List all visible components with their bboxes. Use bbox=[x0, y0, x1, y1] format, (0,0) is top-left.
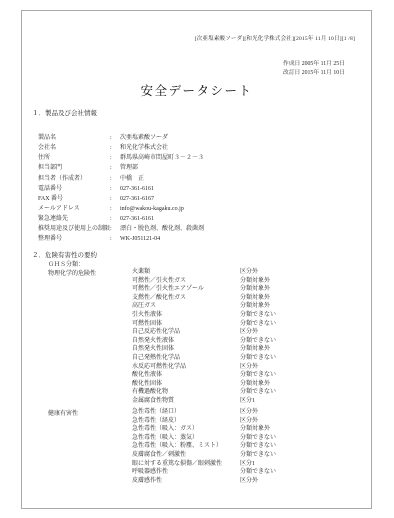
hazard-classification: 区分1 bbox=[240, 397, 365, 406]
field-separator: : bbox=[110, 194, 120, 204]
hazard-classification: 分類対象外 bbox=[240, 277, 365, 286]
hazard-name: 可燃性／引火性ガス bbox=[132, 277, 240, 286]
field-row: 会社名 : 和光化学株式会社 bbox=[38, 143, 363, 153]
hazard-name: 皮膚感作性 bbox=[132, 477, 240, 486]
field-separator: : bbox=[110, 214, 120, 224]
health-hazards-list: 急性毒性（経口） 区分外 急性毒性（経皮） 区分外 急性毒性（吸入：ガス） 分類… bbox=[132, 408, 365, 485]
hazard-row: 酸化性液体 分類できない bbox=[132, 371, 365, 380]
hazard-name: 急性毒性（経皮） bbox=[132, 417, 240, 426]
field-label: FAX 番号 bbox=[38, 194, 110, 204]
hazard-row: 引火性液体 分類できない bbox=[132, 311, 365, 320]
hazard-classification: 分類対象外 bbox=[240, 285, 365, 294]
field-label: 住所 bbox=[38, 153, 110, 163]
hazard-classification: 分類できない bbox=[240, 320, 365, 329]
field-label: メールアドレス bbox=[38, 204, 110, 214]
hazard-row: 火薬類 区分外 bbox=[132, 268, 365, 277]
hazard-classification: 分類できない bbox=[240, 434, 365, 443]
hazard-row: 高圧ガス 分類対象外 bbox=[132, 302, 365, 311]
field-row: 担当部門 : 管理部 bbox=[38, 163, 363, 173]
hazard-name: 自然発火性液体 bbox=[132, 337, 240, 346]
field-value: 027-361-6161 bbox=[120, 184, 363, 194]
ghs-classification-label: ＧＨＳ分類： bbox=[48, 259, 84, 268]
hazard-name: 酸化性固体 bbox=[132, 380, 240, 389]
hazard-row: 水反応可燃性化学品 区分外 bbox=[132, 363, 365, 372]
field-value: 群馬県高崎市問屋町３－２－３ bbox=[120, 153, 363, 163]
hazard-row: 酸化性固体 分類対象外 bbox=[132, 380, 365, 389]
hazard-classification: 分類できない bbox=[240, 388, 365, 397]
hazard-row: 皮膚腐食性／刺激性 分類できない bbox=[132, 451, 365, 460]
hazard-classification: 分類できない bbox=[240, 311, 365, 320]
hazard-classification: 分類できない bbox=[240, 371, 365, 380]
field-value: 管理部 bbox=[120, 163, 363, 173]
field-label: 緊急連絡先 bbox=[38, 214, 110, 224]
field-value: 027-361-6161 bbox=[120, 214, 363, 224]
field-label: 整理番号 bbox=[38, 234, 110, 244]
hazard-row: 自然発火性固体 分類対象外 bbox=[132, 345, 365, 354]
field-value: 027-361-6167 bbox=[120, 194, 363, 204]
hazard-row: 急性毒性（経口） 区分外 bbox=[132, 408, 365, 417]
hazard-name: 引火性液体 bbox=[132, 311, 240, 320]
field-value: 次亜塩素酸ソーダ bbox=[120, 133, 363, 143]
hazard-name: 急性毒性（吸入：ガス） bbox=[132, 425, 240, 434]
hazard-classification: 分類対象外 bbox=[240, 380, 365, 389]
field-row: 緊急連絡先 : 027-361-6161 bbox=[38, 214, 363, 224]
hazard-name: 急性毒性（吸入：蒸気） bbox=[132, 434, 240, 443]
physical-hazards-list: 火薬類 区分外 可燃性／引火性ガス 分類対象外 可燃性／引火性エアゾール 分類対… bbox=[132, 268, 365, 406]
section-1-heading: １．製品及び会社情報 bbox=[32, 108, 97, 117]
hazard-classification: 区分外 bbox=[240, 477, 365, 486]
health-hazards-group-label: 健康有害性 bbox=[48, 408, 78, 417]
field-separator: : bbox=[110, 234, 120, 244]
field-row: 推奨用途及び使用上の制限 : 漂白・脱色剤、酸化剤、殺菌剤 bbox=[38, 224, 363, 234]
hazard-row: 自然発火性液体 分類できない bbox=[132, 337, 365, 346]
hazard-name: 支燃性／酸化性ガス bbox=[132, 294, 240, 303]
hazard-row: 可燃性／引火性ガス 分類対象外 bbox=[132, 277, 365, 286]
hazard-row: 急性毒性（吸入：ガス） 分類対象外 bbox=[132, 425, 365, 434]
hazard-classification: 分類できない bbox=[240, 337, 365, 346]
field-label: 担当者（作成者） bbox=[38, 174, 110, 184]
created-date: 作成日 2005年 11月 25日 bbox=[283, 58, 345, 67]
hazard-name: 自己発熱性化学品 bbox=[132, 354, 240, 363]
hazard-row: 金属腐食性物質 区分1 bbox=[132, 397, 365, 406]
field-separator: : bbox=[110, 143, 120, 153]
field-value: info@wakou-kagaku.co.jp bbox=[120, 204, 363, 214]
field-separator: : bbox=[110, 204, 120, 214]
hazard-name: 呼吸器感作性 bbox=[132, 468, 240, 477]
hazard-classification: 区分1 bbox=[240, 460, 365, 469]
field-separator: : bbox=[110, 133, 120, 143]
hazard-name: 金属腐食性物質 bbox=[132, 397, 240, 406]
hazard-row: 皮膚感作性 区分外 bbox=[132, 477, 365, 486]
hazard-classification: 分類対象外 bbox=[240, 425, 365, 434]
field-separator: : bbox=[110, 184, 120, 194]
hazard-name: 高圧ガス bbox=[132, 302, 240, 311]
section-2-heading: ２．危険有害性の要約 bbox=[32, 250, 97, 259]
field-value: 漂白・脱色剤、酸化剤、殺菌剤 bbox=[120, 224, 363, 234]
hazard-name: 酸化性液体 bbox=[132, 371, 240, 380]
field-separator: : bbox=[110, 153, 120, 163]
hazard-row: 可燃性固体 分類できない bbox=[132, 320, 365, 329]
field-value: WK-J051121-04 bbox=[120, 234, 363, 244]
document-page: [次亜塩素酸ソーダ][和光化学株式会社][2015年 11月 10日][1 /8… bbox=[21, 10, 372, 509]
hazard-name: 有機過酸化物 bbox=[132, 388, 240, 397]
hazard-row: 自己発熱性化学品 分類できない bbox=[132, 354, 365, 363]
hazard-name: 自然発火性固体 bbox=[132, 345, 240, 354]
hazard-name: 可燃性固体 bbox=[132, 320, 240, 329]
hazard-name: 自己反応性化学品 bbox=[132, 328, 240, 337]
document-title: 安全データシート bbox=[22, 81, 371, 99]
hazard-classification: 区分外 bbox=[240, 408, 365, 417]
field-label: 推奨用途及び使用上の制限 bbox=[38, 224, 110, 234]
hazard-classification: 分類できない bbox=[240, 442, 365, 451]
hazard-row: 呼吸器感作性 分類できない bbox=[132, 468, 365, 477]
field-separator: : bbox=[110, 224, 120, 234]
page-header-reference: [次亜塩素酸ソーダ][和光化学株式会社][2015年 11月 10日][1 /8… bbox=[195, 34, 355, 42]
field-label: 電話番号 bbox=[38, 184, 110, 194]
field-label: 会社名 bbox=[38, 143, 110, 153]
hazard-row: 急性毒性（吸入：粉塵、ミスト） 分類できない bbox=[132, 442, 365, 451]
field-row: 整理番号 : WK-J051121-04 bbox=[38, 234, 363, 244]
hazard-name: 眼に対する重篤な損傷／眼刺激性 bbox=[132, 460, 240, 469]
field-separator: : bbox=[110, 163, 120, 173]
field-label: 担当部門 bbox=[38, 163, 110, 173]
hazard-row: 可燃性／引火性エアゾール 分類対象外 bbox=[132, 285, 365, 294]
field-row: 製品名 : 次亜塩素酸ソーダ bbox=[38, 133, 363, 143]
hazard-row: 急性毒性（経皮） 区分外 bbox=[132, 417, 365, 426]
field-label: 製品名 bbox=[38, 133, 110, 143]
hazard-name: 水反応可燃性化学品 bbox=[132, 363, 240, 372]
hazard-classification: 区分外 bbox=[240, 268, 365, 277]
hazard-name: 可燃性／引火性エアゾール bbox=[132, 285, 240, 294]
field-row: 電話番号 : 027-361-6161 bbox=[38, 184, 363, 194]
hazard-classification: 区分外 bbox=[240, 363, 365, 372]
field-row: 住所 : 群馬県高崎市問屋町３－２－３ bbox=[38, 153, 363, 163]
physical-hazards-group-label: 物理化学的危険性 bbox=[48, 268, 96, 277]
hazard-classification: 分類対象外 bbox=[240, 294, 365, 303]
hazard-name: 急性毒性（吸入：粉塵、ミスト） bbox=[132, 442, 240, 451]
hazard-row: 急性毒性（吸入：蒸気） 分類できない bbox=[132, 434, 365, 443]
hazard-classification: 分類できない bbox=[240, 451, 365, 460]
revised-date: 改訂日 2015年 11月 10日 bbox=[283, 67, 345, 76]
field-value: 和光化学株式会社 bbox=[120, 143, 363, 153]
hazard-classification: 分類できない bbox=[240, 354, 365, 363]
hazard-name: 急性毒性（経口） bbox=[132, 408, 240, 417]
field-value: 中橋 正 bbox=[120, 174, 363, 184]
hazard-classification: 区分外 bbox=[240, 417, 365, 426]
hazard-classification: 分類できない bbox=[240, 468, 365, 477]
field-row: メールアドレス : info@wakou-kagaku.co.jp bbox=[38, 204, 363, 214]
hazard-row: 眼に対する重篤な損傷／眼刺激性 区分1 bbox=[132, 460, 365, 469]
hazard-classification: 分類対象外 bbox=[240, 345, 365, 354]
hazard-name: 火薬類 bbox=[132, 268, 240, 277]
hazard-name: 皮膚腐食性／刺激性 bbox=[132, 451, 240, 460]
field-separator: : bbox=[110, 174, 120, 184]
field-row: FAX 番号 : 027-361-6167 bbox=[38, 194, 363, 204]
hazard-row: 自己反応性化学品 区分外 bbox=[132, 328, 365, 337]
hazard-classification: 分類対象外 bbox=[240, 302, 365, 311]
hazard-row: 支燃性／酸化性ガス 分類対象外 bbox=[132, 294, 365, 303]
company-info-list: 製品名 : 次亜塩素酸ソーダ 会社名 : 和光化学株式会社 住所 : 群馬県高崎… bbox=[38, 133, 363, 245]
screenshot-root: { "page": { "header_line": "[次亜塩素酸ソーダ][和… bbox=[0, 0, 394, 518]
hazard-classification: 区分外 bbox=[240, 328, 365, 337]
field-row: 担当者（作成者） : 中橋 正 bbox=[38, 174, 363, 184]
hazard-row: 有機過酸化物 分類できない bbox=[132, 388, 365, 397]
